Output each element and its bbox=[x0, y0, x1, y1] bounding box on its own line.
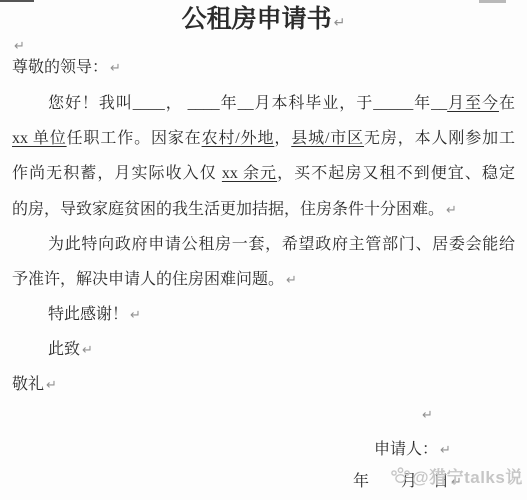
body-line-2: xx 单位任职工作。因家在农村/外地，县城/市区无房，本人刚参加工 bbox=[12, 127, 515, 150]
body-line-1: 您好！我叫____， ____年__月本科毕业，于_____年__月至今在 bbox=[12, 92, 515, 115]
text-segment: 无房，本人刚参加工 bbox=[364, 130, 515, 147]
closing-cizhi-line: 此致↵ bbox=[12, 338, 515, 361]
empty-paragraph-2: ↵ bbox=[420, 403, 433, 426]
body-line-3: 作尚无积蓄，月实际收入仅 xx 余元，买不起房又租不到便宜、稳定 bbox=[12, 162, 515, 185]
text-segment: 予准许，解决申请人的住房困难问题。 bbox=[12, 271, 284, 288]
body2-line-2: 予准许，解决申请人的住房困难问题。↵ bbox=[12, 268, 515, 291]
empty-paragraph-1: ↵ bbox=[12, 34, 515, 57]
pilcrow-mark: ↵ bbox=[334, 15, 346, 31]
pilcrow-mark: ↵ bbox=[440, 443, 451, 458]
text-segment: 您好！我叫____， ____年__月本科毕业，于_____年__ bbox=[48, 95, 447, 112]
text-segment: ， bbox=[274, 130, 291, 147]
closing-jingli-line: 敬礼↵ bbox=[12, 373, 515, 396]
applicant-line: 申请人：↵ bbox=[374, 438, 451, 461]
salutation-line: 尊敬的领导：↵ bbox=[12, 56, 515, 79]
text-segment: 特此感谢！ bbox=[48, 306, 128, 323]
pilcrow-mark: ↵ bbox=[446, 203, 457, 218]
text-segment: 为此特向政府申请公租房一套，希望政府主管部门、居委会能给 bbox=[48, 236, 515, 253]
page-edge-artifact-right bbox=[479, 0, 506, 3]
document-page[interactable]: 公租房申请书↵ ↵ 尊敬的领导：↵ 您好！我叫____， ____年__月本科毕… bbox=[0, 0, 527, 500]
text-segment: 在 bbox=[499, 95, 515, 112]
watermark-text: @猎宁talks说 bbox=[412, 463, 523, 488]
body2-line-1: 为此特向政府申请公租房一套，希望政府主管部门、居委会能给 bbox=[12, 233, 515, 256]
title-line: 公租房申请书↵ bbox=[12, 4, 515, 36]
pilcrow-mark: ↵ bbox=[422, 408, 433, 423]
text-segment: 月至今 bbox=[447, 95, 499, 112]
text-segment: 作尚无积蓄，月实际收入仅 bbox=[12, 165, 222, 182]
pilcrow-mark: ↵ bbox=[46, 378, 57, 393]
text-segment: 敬礼 bbox=[12, 376, 44, 393]
body-line-4: 的房，导致家庭贫困的我生活更加拮据，住房条件十分困难。↵ bbox=[12, 198, 515, 221]
text-segment: 此致 bbox=[48, 341, 80, 358]
pilcrow-mark: ↵ bbox=[14, 39, 25, 54]
pilcrow-mark: ↵ bbox=[82, 343, 93, 358]
text-segment: ，买不起房又租不到便宜、稳定 bbox=[277, 165, 515, 182]
paw-icon bbox=[390, 465, 411, 486]
text-segment: 公租房申请书 bbox=[182, 6, 332, 33]
text-segment: xx 余元 bbox=[222, 165, 277, 182]
text-segment: 的房，导致家庭贫困的我生活更加拮据，住房条件十分困难。 bbox=[12, 201, 444, 218]
pilcrow-mark: ↵ bbox=[286, 273, 297, 288]
text-segment: 申请人： bbox=[374, 441, 438, 458]
text-segment: 任职工作。因家在 bbox=[67, 130, 202, 147]
pilcrow-mark: ↵ bbox=[110, 61, 121, 76]
pilcrow-mark: ↵ bbox=[130, 308, 141, 323]
text-segment: xx 单位 bbox=[12, 130, 67, 147]
text-segment: 农村/外地 bbox=[202, 130, 275, 147]
text-segment: 尊敬的领导： bbox=[12, 59, 108, 76]
page-edge-artifact-left bbox=[0, 0, 34, 2]
thanks-line: 特此感谢！↵ bbox=[12, 303, 515, 326]
text-segment: 县城/市区 bbox=[291, 130, 364, 147]
watermark: @猎宁talks说 bbox=[390, 463, 523, 487]
